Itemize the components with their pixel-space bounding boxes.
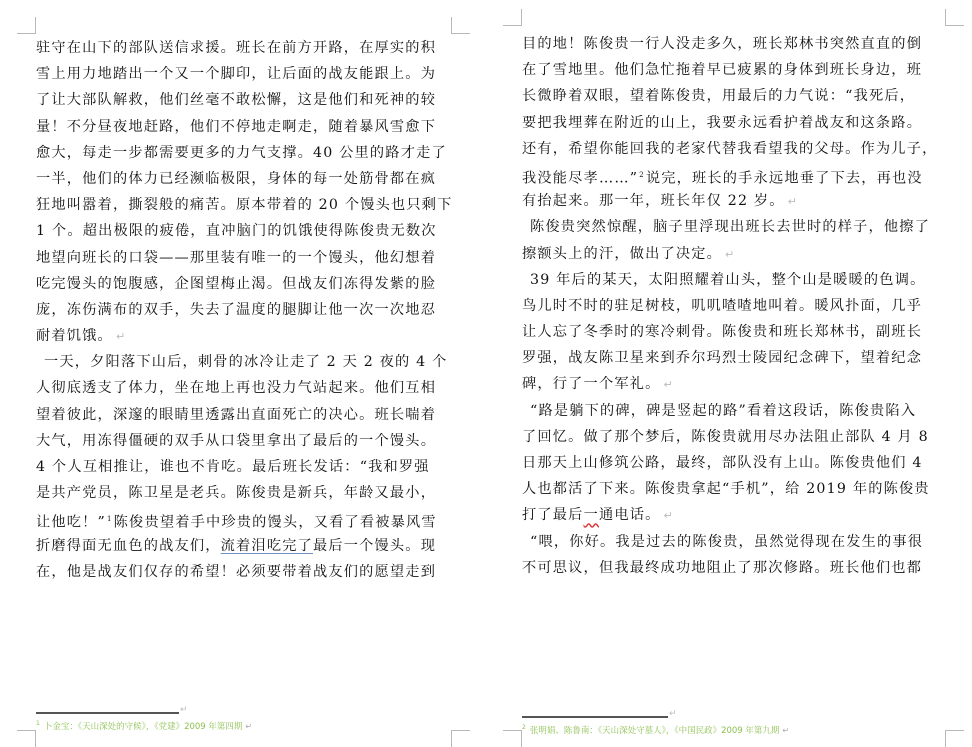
- text-segment: 最后一个馒头。现: [313, 538, 436, 554]
- text-line: 要把我埋葬在附近的山上，我要永远看护着战友和这条路。: [522, 110, 947, 136]
- text-segment: 在了雪地里。他们急忙拖着早已疲累的身体到班长身边，班: [522, 62, 922, 78]
- text-segment: 折磨得面无血色的战友们，: [36, 538, 221, 554]
- document-page-left[interactable]: 驻守在山下的部队送信求援。班长在前方开路，在厚实的积雪上用力地踏出一个又一个脚印…: [0, 0, 486, 747]
- paragraph-mark-icon: ↵: [782, 726, 789, 735]
- grammar-underlined-text: 流着泪吃完了: [221, 538, 313, 554]
- text-segment: 我没能尽孝……”: [522, 171, 638, 187]
- text-line: 1 个。超出极限的疲倦，直冲脑门的饥饿使得陈俊贵无数次: [36, 218, 456, 244]
- footnote-text: 卜金宝：《天山深处的守候》，《党建》2009 年第四期: [44, 722, 243, 732]
- text-segment: 地望向班长的口袋——那里装有唯一的一个馒头，他幻想着: [36, 250, 436, 266]
- text-segment: 一天，夕阳落下山后，刺骨的冰冷让走了 2 天 2 夜的 4 个: [44, 354, 447, 370]
- footnote-reference: 1: [107, 515, 113, 523]
- text-line: 大气，用冻得僵硬的双手从口袋里拿出了最后的一个馒头。: [36, 428, 456, 454]
- text-line: 39 年后的某天，太阳照耀着山头，整个山是暖暖的色调。: [522, 267, 947, 293]
- crop-mark-top-right: [945, 9, 964, 26]
- page-body-text[interactable]: 驻守在山下的部队送信求援。班长在前方开路，在厚实的积雪上用力地踏出一个又一个脚印…: [36, 35, 456, 585]
- text-line: 庞，冻伤满布的双手，失去了温度的腿脚让他一次一次地忍: [36, 297, 456, 323]
- text-segment: 吃完馒头的饱腹感，企图望梅止渴。但战友们冻得发紫的脸: [36, 276, 436, 292]
- paragraph-mark-icon: ↵: [180, 705, 188, 715]
- text-segment: 在，他是战友们仅存的希望！必须要带着战友们的愿望走到: [36, 564, 436, 580]
- text-line: 雪上用力地踏出一个又一个脚印，让后面的战友能跟上。为: [36, 61, 456, 87]
- crop-mark-bottom-left: [503, 730, 522, 747]
- text-segment: 碑，行了一个军礼。: [522, 376, 661, 392]
- text-segment: 说完，班长的手永远地垂了下去，再也没: [646, 171, 923, 187]
- text-segment: 还有，希望你能回我的老家代替我看望我的父母。作为儿子，: [522, 141, 937, 157]
- text-line: 折磨得面无血色的战友们，流着泪吃完了最后一个馒头。现: [36, 533, 456, 559]
- text-line: 是共产党员，陈卫星是老兵。陈俊贵是新兵，年龄又最小，: [36, 480, 456, 506]
- paragraph-mark-icon: ↵: [116, 330, 126, 343]
- text-segment: 狂地叫嚣着，撕裂般的痛苦。原本带着的 20 个馒头也只剩下: [36, 197, 453, 213]
- text-segment: 望着彼此，深邃的眼睛里透露出直面死亡的决心。班长喘着: [36, 407, 436, 423]
- text-segment: 要把我埋葬在附近的山上，我要永远看护着战友和这条路。: [522, 115, 922, 131]
- text-segment: 驻守在山下的部队送信求援。班长在前方开路，在厚实的积: [36, 40, 436, 56]
- text-segment: 1 个。超出极限的疲倦，直冲脑门的饥饿使得陈俊贵无数次: [36, 223, 437, 239]
- text-segment: 雪上用力地踏出一个又一个脚印，让后面的战友能跟上。为: [36, 66, 436, 82]
- text-line: 一半，他们的体力已经濒临极限，身体的每一处筋骨都在疯: [36, 166, 456, 192]
- text-line: 我没能尽孝……”2说完，班长的手永远地垂了下去，再也没: [522, 162, 947, 188]
- text-segment: 长微睁着双眼，望着陈俊贵，用最后的力气说：“我死后，: [522, 88, 915, 104]
- text-line: 愈大，每走一步都需要更多的力气支撑。40 公里的路才走了: [36, 140, 456, 166]
- text-line: 长微睁着双眼，望着陈俊贵，用最后的力气说：“我死后，: [522, 83, 947, 109]
- crop-mark-bottom-right: [451, 730, 470, 747]
- text-line: 陈俊贵突然惊醒，脑子里浮现出班长去世时的样子，他擦了: [522, 214, 947, 240]
- text-line: 在了雪地里。他们急忙拖着早已疲累的身体到班长身边，班: [522, 57, 947, 83]
- footnote-separator: [36, 712, 179, 714]
- text-line: 目的地！陈俊贵一行人没走多久，班长郑林书突然直直的倒: [522, 31, 947, 57]
- text-line: 耐着饥饿。↵: [36, 323, 456, 349]
- paragraph-mark-icon: ↵: [669, 709, 677, 719]
- paragraph-mark-icon: ↵: [788, 195, 798, 208]
- text-segment: 有抬起来。那一年，班长年仅 22 岁。: [522, 193, 785, 209]
- text-segment: 人也都活了下来。陈俊贵拿起“手机”，给 2019 年的陈俊贵: [522, 481, 930, 497]
- text-line: 擦额头上的汗，做出了决定。↵: [522, 241, 947, 267]
- text-segment: 擦额头上的汗，做出了决定。: [522, 246, 722, 262]
- text-line: 打了最后一通电话。↵: [522, 502, 947, 528]
- footnote-text: 张明娟、陈鲁南：《天山深处守墓人》，《中国民政》2009 年第九期: [530, 726, 780, 736]
- text-line: 驻守在山下的部队送信求援。班长在前方开路，在厚实的积: [36, 35, 456, 61]
- text-segment: 了回忆。做了那个梦后，陈俊贵就用尽办法阻止部队 4 月 8: [522, 429, 929, 445]
- text-line: 让人忘了冬季时的寒冷刺骨。陈俊贵和班长郑林书，副班长: [522, 319, 947, 345]
- text-line: 4 个人互相推让，谁也不肯吃。最后班长发话：“我和罗强: [36, 454, 456, 480]
- text-segment: 耐着饥饿。: [36, 328, 113, 344]
- text-segment: “喂，你好。我是过去的陈俊贵，虽然觉得现在发生的事很: [530, 534, 923, 550]
- text-segment: 打了最后: [522, 507, 584, 523]
- paragraph-mark-icon: ↵: [664, 378, 674, 391]
- text-segment: 了让大部队解救，他们丝毫不敢松懈，这是他们和死神的较: [36, 92, 436, 108]
- text-segment: 通电话。: [599, 507, 661, 523]
- text-line: 了回忆。做了那个梦后，陈俊贵就用尽办法阻止部队 4 月 8: [522, 424, 947, 450]
- text-segment: 愈大，每走一步都需要更多的力气支撑。40 公里的路才走了: [36, 145, 447, 161]
- text-line: 狂地叫嚣着，撕裂般的痛苦。原本带着的 20 个馒头也只剩下: [36, 192, 456, 218]
- text-segment: 大气，用冻得僵硬的双手从口袋里拿出了最后的一个馒头。: [36, 433, 436, 449]
- footnote-2[interactable]: 2张明娟、陈鲁南：《天山深处守墓人》，《中国民政》2009 年第九期↵: [522, 724, 789, 736]
- crop-mark-top-left: [17, 17, 36, 34]
- text-line: 了让大部队解救，他们丝毫不敢松懈，这是他们和死神的较: [36, 87, 456, 113]
- document-page-right[interactable]: 目的地！陈俊贵一行人没走多久，班长郑林书突然直直的倒在了雪地里。他们急忙拖着早已…: [486, 0, 972, 747]
- crop-mark-top-left: [503, 9, 522, 26]
- text-segment: 罗强，战友陈卫星来到乔尔玛烈士陵园纪念碑下，望着纪念: [522, 350, 922, 366]
- text-segment: 让人忘了冬季时的寒冷刺骨。陈俊贵和班长郑林书，副班长: [522, 324, 922, 340]
- text-line: “路是躺下的碑，碑是竖起的路”看着这段话，陈俊贵陷入: [522, 398, 947, 424]
- text-line: 人彻底透支了体力，坐在地上再也没力气站起来。他们互相: [36, 375, 456, 401]
- text-segment: 陈俊贵望着手中珍贵的馒头，又看了看被暴风雪: [114, 515, 437, 531]
- footnote-1[interactable]: 1卜金宝：《天山深处的守候》，《党建》2009 年第四期↵: [36, 720, 252, 732]
- text-line: 罗强，战友陈卫星来到乔尔玛烈士陵园纪念碑下，望着纪念: [522, 345, 947, 371]
- text-line: “喂，你好。我是过去的陈俊贵，虽然觉得现在发生的事很: [522, 529, 947, 555]
- text-line: 有抬起来。那一年，班长年仅 22 岁。↵: [522, 188, 947, 214]
- text-line: 量！不分昼夜地赶路，他们不停地走啊走，随着暴风雪愈下: [36, 114, 456, 140]
- crop-mark-bottom-right: [945, 730, 964, 747]
- text-line: 人也都活了下来。陈俊贵拿起“手机”，给 2019 年的陈俊贵: [522, 476, 947, 502]
- text-segment: 让他吃！”: [36, 515, 106, 531]
- text-line: 让他吃！”1陈俊贵望着手中珍贵的馒头，又看了看被暴风雪: [36, 506, 456, 532]
- text-line: 鸟儿时不时的驻足树枝，叽叽喳喳地叫着。暖风扑面，几乎: [522, 293, 947, 319]
- footnote-reference: 2: [639, 171, 645, 179]
- text-segment: 39 年后的某天，太阳照耀着山头，整个山是暖暖的色调。: [530, 272, 925, 288]
- text-line: 不可思议，但我最终成功地阻止了那次修路。班长他们也都: [522, 555, 947, 581]
- text-segment: 是共产党员，陈卫星是老兵。陈俊贵是新兵，年龄又最小，: [36, 485, 436, 501]
- text-line: 在，他是战友们仅存的希望！必须要带着战友们的愿望走到: [36, 559, 456, 585]
- crop-mark-bottom-left: [17, 730, 36, 747]
- text-segment: 不可思议，但我最终成功地阻止了那次修路。班长他们也都: [522, 560, 922, 576]
- text-line: 日那天上山修筑公路，最终，部队没有上山。陈俊贵他们 4: [522, 450, 947, 476]
- paragraph-mark-icon: ↵: [664, 509, 674, 522]
- text-segment: 量！不分昼夜地赶路，他们不停地走啊走，随着暴风雪愈下: [36, 119, 436, 135]
- crop-mark-top-right: [451, 17, 470, 34]
- text-line: 碑，行了一个军礼。↵: [522, 371, 947, 397]
- paragraph-mark-icon: ↵: [725, 248, 735, 261]
- text-segment: 目的地！陈俊贵一行人没走多久，班长郑林书突然直直的倒: [522, 36, 922, 52]
- text-line: 吃完馒头的饱腹感，企图望梅止渴。但战友们冻得发紫的脸: [36, 271, 456, 297]
- text-line: 地望向班长的口袋——那里装有唯一的一个馒头，他幻想着: [36, 245, 456, 271]
- text-segment: 鸟儿时不时的驻足树枝，叽叽喳喳地叫着。暖风扑面，几乎: [522, 298, 922, 314]
- text-segment: “路是躺下的碑，碑是竖起的路”看着这段话，陈俊贵陷入: [530, 403, 916, 419]
- spelling-underlined-text: 一: [584, 507, 599, 523]
- text-line: 一天，夕阳落下山后，刺骨的冰冷让走了 2 天 2 夜的 4 个: [36, 349, 456, 375]
- page-body-text[interactable]: 目的地！陈俊贵一行人没走多久，班长郑林书突然直直的倒在了雪地里。他们急忙拖着早已…: [522, 31, 947, 581]
- text-segment: 人彻底透支了体力，坐在地上再也没力气站起来。他们互相: [36, 380, 436, 396]
- text-segment: 一半，他们的体力已经濒临极限，身体的每一处筋骨都在疯: [36, 171, 436, 187]
- text-line: 还有，希望你能回我的老家代替我看望我的父母。作为儿子，: [522, 136, 947, 162]
- footnote-separator: [522, 716, 668, 718]
- text-segment: 4 个人互相推让，谁也不肯吃。最后班长发话：“我和罗强: [36, 459, 430, 475]
- text-segment: 庞，冻伤满布的双手，失去了温度的腿脚让他一次一次地忍: [36, 302, 436, 318]
- paragraph-mark-icon: ↵: [245, 722, 252, 731]
- text-segment: 陈俊贵突然惊醒，脑子里浮现出班长去世时的样子，他擦了: [530, 219, 930, 235]
- text-segment: 日那天上山修筑公路，最终，部队没有上山。陈俊贵他们 4: [522, 455, 923, 471]
- text-line: 望着彼此，深邃的眼睛里透露出直面死亡的决心。班长喘着: [36, 402, 456, 428]
